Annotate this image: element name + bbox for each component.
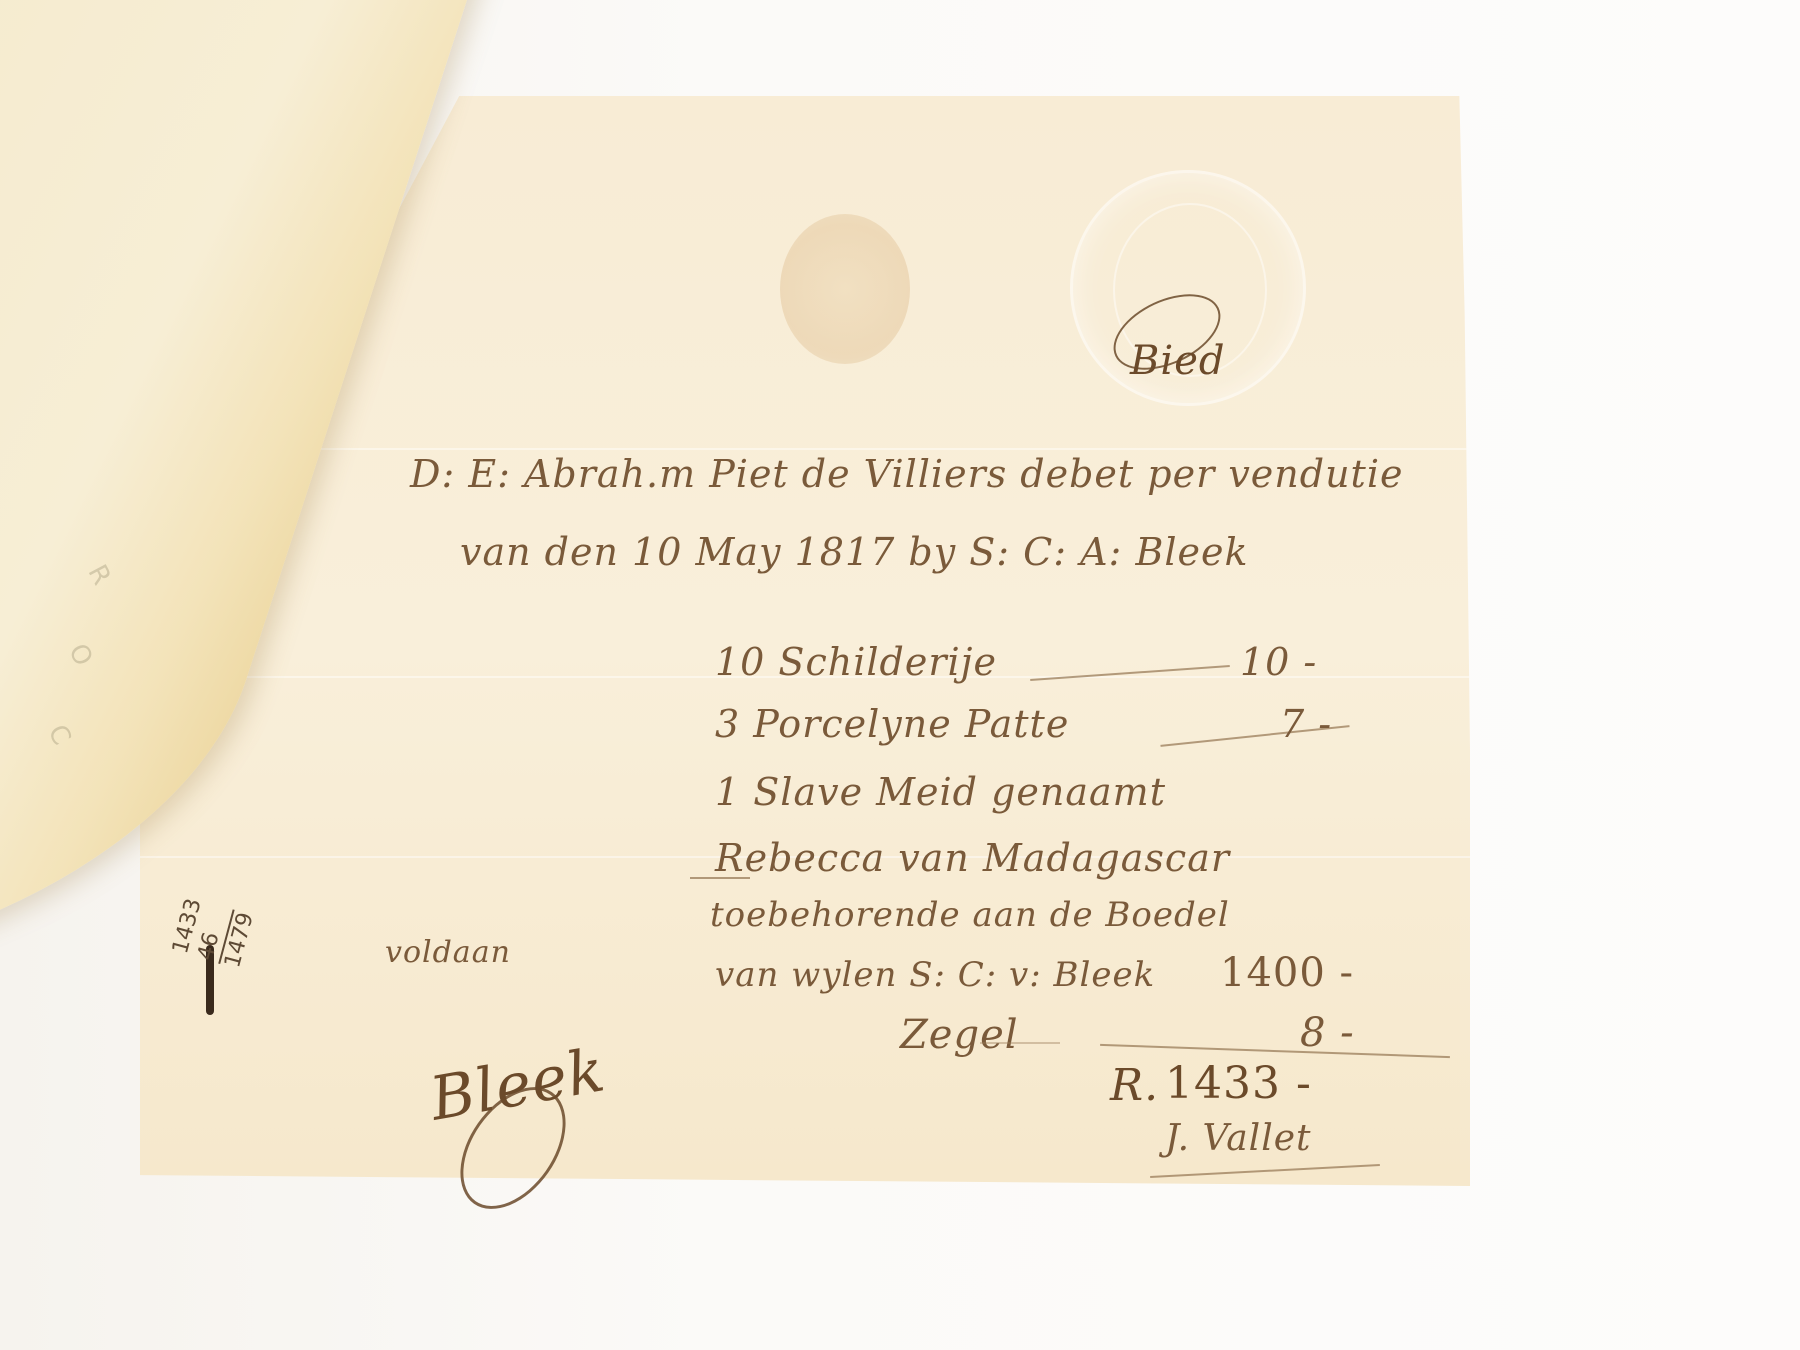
fold-line (140, 448, 1470, 450)
item-1-amount: 10 - (1240, 640, 1317, 684)
total-label: R. (1110, 1060, 1159, 1111)
text-line-2: van den 10 May 1817 by S: C: A: Bleek (460, 530, 1249, 574)
stamp-duty-amount: 8 - (1300, 1010, 1355, 1056)
item-3-line-3: toebehorende aan de Boedel (710, 895, 1230, 935)
leader-line (980, 1042, 1060, 1044)
item-3-line-1: 1 Slave Meid genaamt (715, 770, 1166, 814)
item-1-text: 10 Schilderije (715, 640, 997, 684)
header-mark: Bied (1130, 338, 1225, 384)
total-amount: 1433 - (1165, 1058, 1312, 1109)
item-3-line-4: van wylen S: C: v: Bleek (715, 955, 1155, 995)
signature-right: J. Vallet (1165, 1118, 1311, 1159)
text-line-1: D: E: Abrah.m Piet de Villiers debet per… (410, 452, 1403, 496)
item-3-line-2: Rebecca van Madagascar (715, 836, 1230, 880)
item-3-amount: 1400 - (1220, 950, 1354, 996)
stamp-duty-label: Zegel (900, 1012, 1019, 1058)
stain-mark (780, 214, 910, 364)
item-2-amount: 7 - (1280, 702, 1332, 746)
item-2-text: 3 Porcelyne Patte (715, 702, 1069, 746)
underline-mark (690, 877, 750, 879)
document-photo: R O C Bied D: E: Abrah.m Piet de Villier… (0, 0, 1800, 1350)
paid-note: voldaan (385, 935, 511, 970)
